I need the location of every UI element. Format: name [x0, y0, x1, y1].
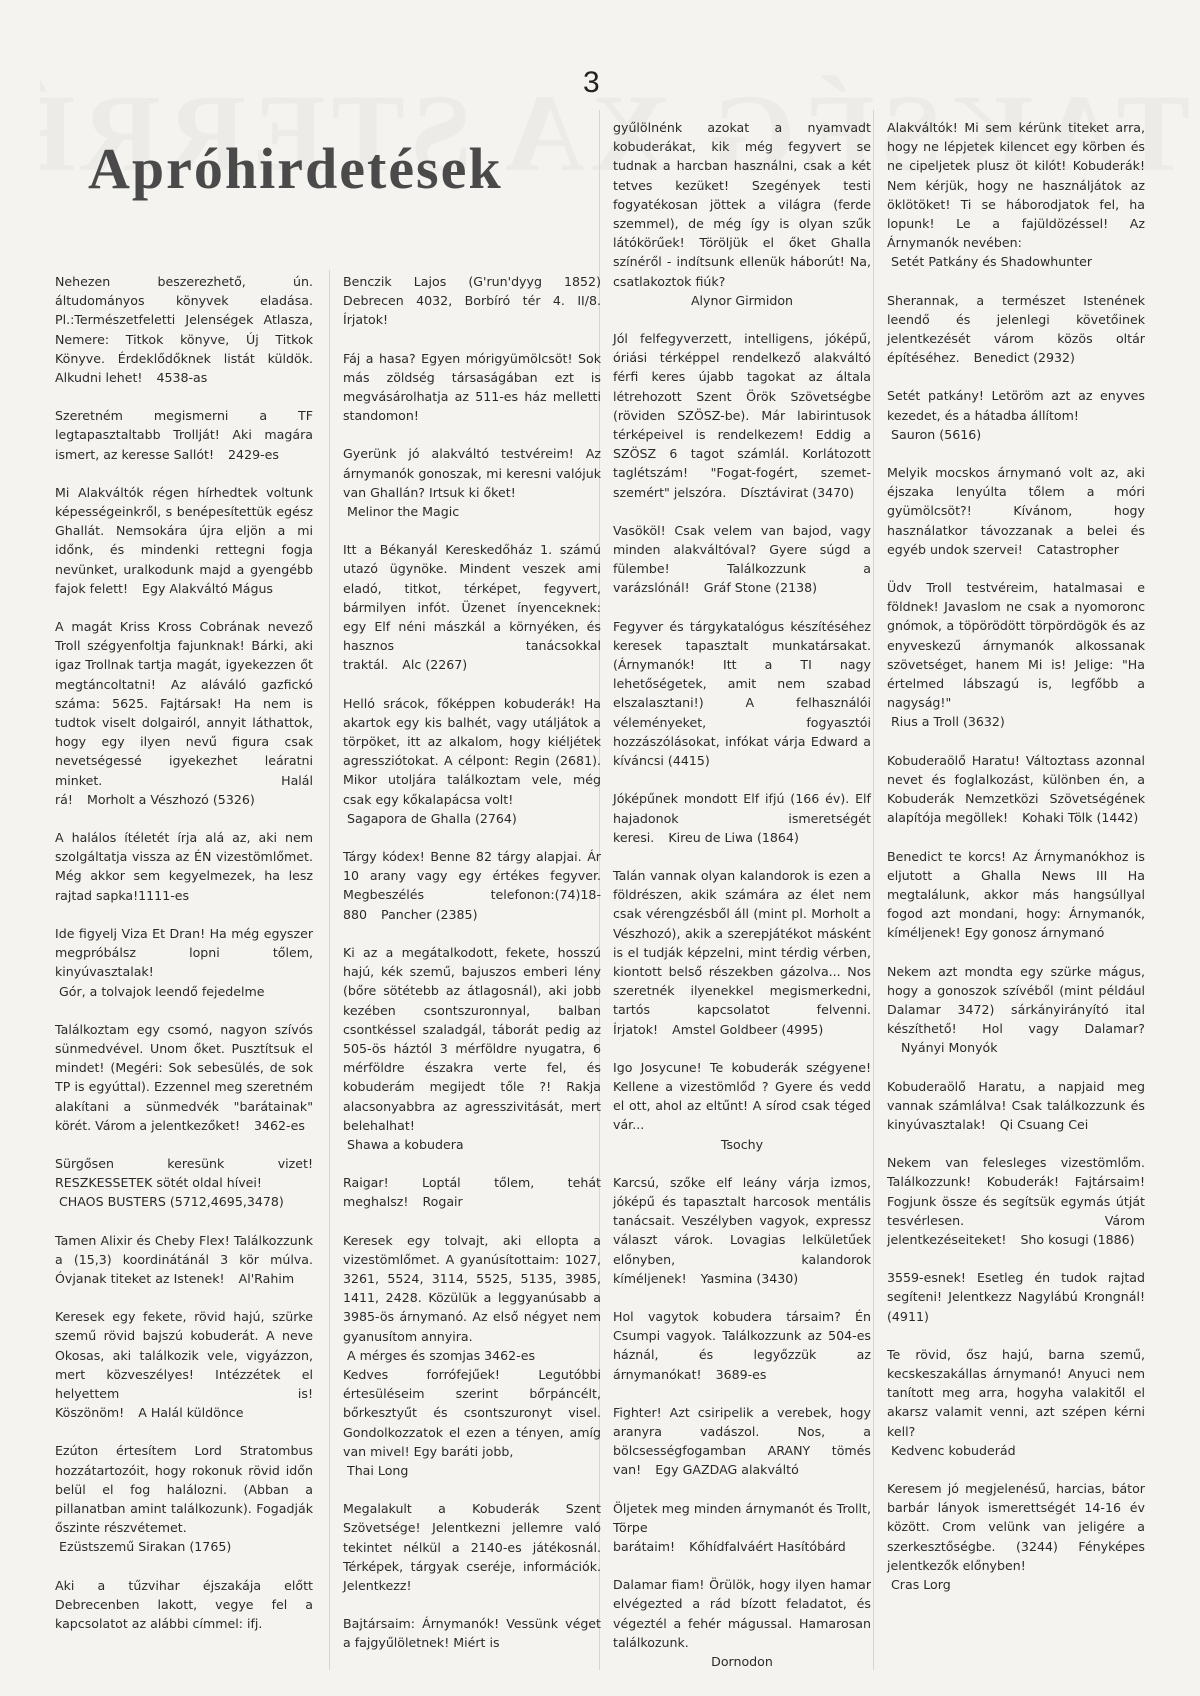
- ad-text: Fáj a hasa? Egyen mórigyümölcsöt! Sok má…: [343, 351, 601, 424]
- ad-signature: Cras Lorg: [887, 1575, 1145, 1594]
- classified-ad: Mi Alakváltók régen hírhedtek voltunk ké…: [55, 483, 313, 598]
- classified-ad: Te rövid, ősz hajú, barna szemű, kecskes…: [887, 1345, 1145, 1460]
- ad-signature: Egy GAZDAG alakváltó: [641, 1462, 799, 1477]
- ads-column-2: Benczik Lajos (G'run'dyyg 1852) Debrecen…: [343, 272, 601, 1672]
- ad-signature: Setét Patkány és Shadowhunter: [887, 252, 1145, 271]
- ad-text: Keresem jó megjelenésű, harcias, bátor b…: [887, 1481, 1145, 1573]
- page-number: 3: [583, 66, 600, 100]
- classified-ad: Setét patkány! Letöröm azt az enyves kez…: [887, 386, 1145, 444]
- classified-ad: Szeretném megismerni a TF legtapasztalta…: [55, 406, 313, 464]
- classified-ad: Ki az a megátalkodott, fekete, hosszú ha…: [343, 943, 601, 1154]
- classified-ad: Megalakult a Kobuderák Szent Szövetsége!…: [343, 1499, 601, 1595]
- classified-ad: Igo Josycune! Te kobuderák szégyene! Kel…: [613, 1058, 871, 1154]
- ad-text: Benedict te korcs! Az Árnymanókhoz is el…: [887, 849, 1145, 941]
- ad-text: Te rövid, ősz hajú, barna szemű, kecskes…: [887, 1347, 1145, 1439]
- ad-signature: CHAOS BUSTERS (5712,4695,3478): [55, 1192, 313, 1211]
- column-divider: [873, 110, 874, 1670]
- classified-ad: Tamen Alixir és Cheby Flex! Találkozzunk…: [55, 1231, 313, 1289]
- ad-text: Igo Josycune! Te kobuderák szégyene! Kel…: [613, 1060, 871, 1133]
- classified-ad: Találkoztam egy csomó, nagyon szívós sün…: [55, 1020, 313, 1135]
- ad-signature: Al'Rahim: [225, 1271, 295, 1286]
- ad-text: Nekem azt mondta egy szürke mágus, hogy …: [887, 964, 1145, 1037]
- page-title: Apróhirdetések: [88, 135, 503, 202]
- ad-signature: Qi Csuang Cei: [986, 1117, 1089, 1132]
- ad-text: Setét patkány! Letöröm azt az enyves kez…: [887, 388, 1145, 422]
- classified-ad: A halálos ítéletét írja alá az, aki nem …: [55, 828, 313, 905]
- ad-text: Helló srácok, főképpen kobuderák! Ha aka…: [343, 696, 601, 807]
- ad-signature: Benedict (2932): [960, 350, 1075, 365]
- ad-signature: Sauron (5616): [887, 425, 1145, 444]
- classified-ad: Dalamar fiam! Örülök, hogy ilyen hamar e…: [613, 1575, 871, 1671]
- classified-ad: Melyik mocskos árnymanó volt az, aki éjs…: [887, 463, 1145, 559]
- ad-text: Nehezen beszerezhető, ún. áltudományos k…: [55, 274, 313, 385]
- ad-text: Keresek egy fekete, rövid hajú, szürke s…: [55, 1309, 313, 1420]
- classified-ad: gyűlölnénk azokat a nyamvadt kobuderákat…: [613, 118, 871, 310]
- ad-signature: A Halál küldönce: [124, 1405, 243, 1420]
- classified-ad: 3559-esnek! Esetleg én tudok rajtad segí…: [887, 1268, 1145, 1326]
- classified-ad: Keresem jó megjelenésű, harcias, bátor b…: [887, 1479, 1145, 1594]
- ad-signature: Pancher (2385): [367, 907, 477, 922]
- classified-ad: Kobuderaölő Haratu! Változtass azonnal n…: [887, 751, 1145, 828]
- ad-text: Karcsú, szőke elf leány várja izmos, jók…: [613, 1175, 871, 1286]
- ad-signature: 3689-es: [702, 1367, 767, 1382]
- ad-text: Ide figyelj Viza Et Dran! Ha még egyszer…: [55, 926, 313, 979]
- classified-ad: Talán vannak olyan kalandorok is ezen a …: [613, 866, 871, 1039]
- ad-signature: Rogair: [408, 1194, 462, 1209]
- ad-signature: Amstel Goldbeer (4995): [658, 1022, 823, 1037]
- classified-ad: Vasököl! Csak velem van bajod, vagy mind…: [613, 521, 871, 598]
- ad-signature: Kedvenc kobuderád: [887, 1441, 1145, 1460]
- ad-text: Ki az a megátalkodott, fekete, hosszú ha…: [343, 945, 601, 1133]
- classified-ad: Aki a tűzvihar éjszakája előtt Debrecenb…: [55, 1576, 313, 1634]
- ad-text: Üdv Troll testvéreim, hatalmasai e földn…: [887, 580, 1145, 710]
- ad-signature: Tsochy: [613, 1135, 871, 1154]
- ads-column-4: Alakváltók! Mi sem kérünk titeket arra, …: [887, 118, 1145, 1613]
- ad-text: Dalamar fiam! Örülök, hogy ilyen hamar e…: [613, 1577, 871, 1650]
- classified-ad: Itt a Békanyál Kereskedőház 1. számú uta…: [343, 540, 601, 674]
- ads-column-3: gyűlölnénk azokat a nyamvadt kobuderákat…: [613, 118, 871, 1690]
- classified-ad: Kobuderaölő Haratu, a napjaid meg vannak…: [887, 1077, 1145, 1135]
- classified-ad: Keresek egy fekete, rövid hajú, szürke s…: [55, 1307, 313, 1422]
- ad-text: Talán vannak olyan kalandorok is ezen a …: [613, 868, 871, 1037]
- ad-signature: Catastropher: [1023, 542, 1119, 557]
- classified-ad: Benedict te korcs! Az Árnymanókhoz is el…: [887, 847, 1145, 943]
- ad-signature: Alynor Girmidon: [613, 291, 871, 310]
- classified-ad: Fáj a hasa? Egyen mórigyümölcsöt! Sok má…: [343, 349, 601, 426]
- classified-ad: Jól felfegyverzett, intelligens, jóképű,…: [613, 329, 871, 502]
- ad-text: Gyerünk jó alakváltó testvéreim! Az árny…: [343, 446, 601, 499]
- classified-ad: Tárgy kódex! Benne 82 tárgy alapjai. Ár …: [343, 847, 601, 924]
- ad-signature: Nyányi Monyók: [887, 1040, 998, 1055]
- ad-text: 3559-esnek! Esetleg én tudok rajtad segí…: [887, 1270, 1145, 1323]
- classified-ad: Ide figyelj Viza Et Dran! Ha még egyszer…: [55, 924, 313, 1001]
- classified-ad: Kedves forrófejűek! Legutóbbi értesülése…: [343, 1365, 601, 1480]
- classified-ad: Keresek egy tolvajt, aki ellopta a vizes…: [343, 1231, 601, 1365]
- ad-text: Itt a Békanyál Kereskedőház 1. számú uta…: [343, 542, 601, 672]
- ad-signature: Dísztávirat (3470): [726, 485, 854, 500]
- ad-signature: Sho kosugi (1886): [1006, 1232, 1134, 1247]
- ad-text: Raigar! Loptál tőlem, tehát meghalsz!: [343, 1175, 601, 1209]
- ad-signature: Sagapora de Ghalla (2764): [343, 809, 601, 828]
- ad-text: Jól felfegyverzett, intelligens, jóképű,…: [613, 331, 871, 500]
- ad-text: Fegyver és tárgykatalógus készítéséhez k…: [613, 619, 871, 768]
- ad-signature: 3462-es: [240, 1118, 305, 1133]
- classified-ad: Öljetek meg minden árnymanót és Trollt, …: [613, 1499, 871, 1557]
- ad-text: Találkoztam egy csomó, nagyon szívós sün…: [55, 1022, 313, 1133]
- ad-signature: Rius a Troll (3632): [887, 712, 1145, 731]
- classified-ad: Jóképűnek mondott Elf ifjú (166 év). Elf…: [613, 789, 871, 847]
- ad-signature: Thai Long: [343, 1461, 601, 1480]
- ad-text: Bajtársaim: Árnymanók! Vessünk véget a f…: [343, 1616, 601, 1650]
- ad-text: Benczik Lajos (G'run'dyyg 1852) Debrecen…: [343, 274, 601, 327]
- ad-signature: Ezüstszemű Sirakan (1765): [55, 1537, 313, 1556]
- classified-ad: Üdv Troll testvéreim, hatalmasai e földn…: [887, 578, 1145, 732]
- classified-ad: Karcsú, szőke elf leány várja izmos, jók…: [613, 1173, 871, 1288]
- classified-ad: Nehezen beszerezhető, ún. áltudományos k…: [55, 272, 313, 387]
- ad-text: Ezúton értesítem Lord Stratombus hozzáta…: [55, 1443, 313, 1535]
- ad-signature: Morholt a Vészhozó (5326): [73, 792, 255, 807]
- ad-text: Alakváltók! Mi sem kérünk titeket arra, …: [887, 120, 1145, 250]
- classified-ad: Fighter! Azt csiripelik a verebek, hogy …: [613, 1403, 871, 1480]
- ad-text: Kedves forrófejűek! Legutóbbi értesülése…: [343, 1367, 601, 1459]
- ad-text: A halálos ítéletét írja alá az, aki nem …: [55, 830, 313, 903]
- ad-text: Mi Alakváltók régen hírhedtek voltunk ké…: [55, 485, 313, 596]
- classified-ad: Nekem azt mondta egy szürke mágus, hogy …: [887, 962, 1145, 1058]
- ad-signature: Melinor the Magic: [343, 502, 601, 521]
- classified-ad: Gyerünk jó alakváltó testvéreim! Az árny…: [343, 444, 601, 521]
- ad-signature: Yasmina (3430): [687, 1271, 799, 1286]
- classified-ad: Hol vagytok kobudera társaim? Én Csumpi …: [613, 1307, 871, 1384]
- ad-signature: Kohaki Tölk (1442): [1008, 810, 1138, 825]
- ad-signature: Kőhídfalváért Hasítóbárd: [675, 1539, 846, 1554]
- ad-text: Keresek egy tolvajt, aki ellopta a vizes…: [343, 1233, 601, 1344]
- ad-text: Megalakult a Kobuderák Szent Szövetsége!…: [343, 1501, 601, 1593]
- ad-signature: A mérges és szomjas 3462-es: [343, 1346, 601, 1365]
- classified-ad: A magát Kriss Kross Cobrának nevező Trol…: [55, 617, 313, 809]
- classified-ad: Nekem van felesleges vizestömlőm. Találk…: [887, 1153, 1145, 1249]
- ads-column-1: Nehezen beszerezhető, ún. áltudományos k…: [55, 272, 313, 1652]
- ad-signature: Kireu de Liwa (1864): [654, 830, 799, 845]
- ad-signature: Egy Alakváltó Mágus: [128, 581, 273, 596]
- classified-ad: Fegyver és tárgykatalógus készítéséhez k…: [613, 617, 871, 771]
- ad-signature: Dornodon: [613, 1652, 871, 1671]
- classified-ad: Benczik Lajos (G'run'dyyg 1852) Debrecen…: [343, 272, 601, 330]
- ad-signature: Gór, a tolvajok leendő fejedelme: [55, 982, 313, 1001]
- ad-signature: Alc (2267): [388, 657, 467, 672]
- classified-ad: Raigar! Loptál tőlem, tehát meghalsz!Rog…: [343, 1173, 601, 1211]
- classified-ad: Ezúton értesítem Lord Stratombus hozzáta…: [55, 1441, 313, 1556]
- column-divider: [329, 270, 330, 1670]
- ad-text: A magát Kriss Kross Cobrának nevező Trol…: [55, 619, 313, 807]
- classified-ad: Bajtársaim: Árnymanók! Vessünk véget a f…: [343, 1614, 601, 1652]
- ad-signature: Shawa a kobudera: [343, 1135, 601, 1154]
- classified-ad: Helló srácok, főképpen kobuderák! Ha aka…: [343, 694, 601, 828]
- classified-ad: Alakváltók! Mi sem kérünk titeket arra, …: [887, 118, 1145, 272]
- classified-ad: Sürgősen keresünk vizet! RESZKESSETEK sö…: [55, 1154, 313, 1212]
- ad-text: gyűlölnénk azokat a nyamvadt kobuderákat…: [613, 120, 871, 289]
- ad-signature: Gráf Stone (2138): [690, 580, 817, 595]
- classified-ad: Sherannak, a természet Istenének leendő …: [887, 291, 1145, 368]
- ad-text: Sürgősen keresünk vizet! RESZKESSETEK sö…: [55, 1156, 313, 1190]
- ad-signature: 2429-es: [214, 447, 279, 462]
- ad-text: Aki a tűzvihar éjszakája előtt Debrecenb…: [55, 1578, 313, 1631]
- ad-signature: 4538-as: [142, 370, 207, 385]
